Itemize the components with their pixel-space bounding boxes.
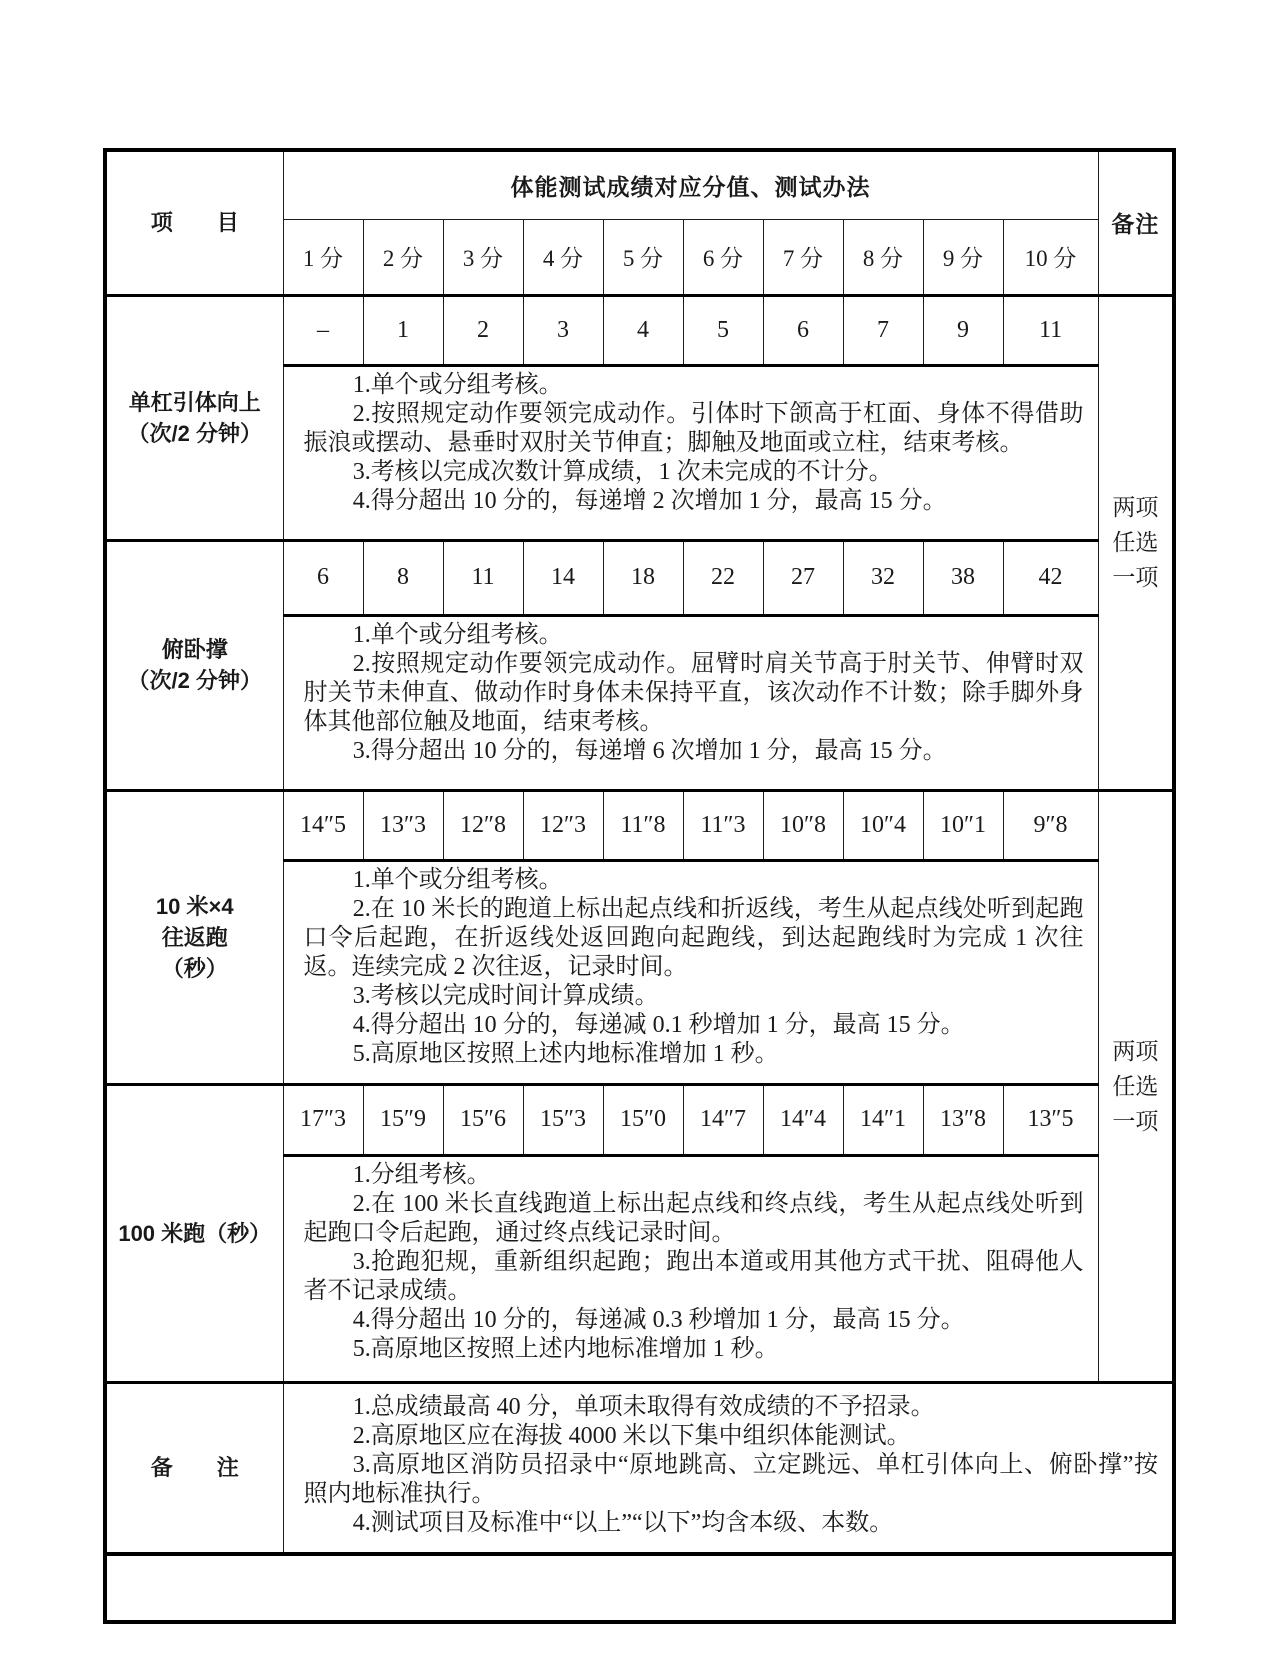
remarks-column-header: 备注 [1098,150,1174,295]
side-remark-group1: 两项 任选 一项 [1098,295,1174,790]
score-col-header-7: 7 分 [763,219,843,295]
method-line: 1.单个或分组考核。 [304,621,1084,650]
method-cell-shuttle-run: 1.单个或分组考核。 2.在 10 米长的跑道上标出起点线和折返线，考生从起点线… [283,860,1098,1084]
score-value-cell: 14 [523,540,603,615]
method-line: 3.抢跑犯规，重新组织起跑；跑出本道或用其他方式干扰、阻碍他人者不记录成绩。 [304,1248,1084,1306]
score-value-cell: 18 [603,540,683,615]
score-value-cell: 9 [923,295,1003,365]
score-value-cell: 14″4 [763,1084,843,1155]
item-column-header: 项 目 [105,150,283,295]
score-value-cell: 11 [1003,295,1098,365]
method-line: 2.按照规定动作要领完成动作。引体时下颌高于杠面、身体不得借助振浪或摆动、悬垂时… [304,400,1084,458]
score-value-cell: 14″1 [843,1084,923,1155]
item-label-line: （次/2 分钟） [107,665,283,696]
score-value-cell: 15″6 [443,1084,523,1155]
method-line: 3.考核以完成次数计算成绩，1 次未完成的不计分。 [304,458,1084,487]
score-value-cell: 13″5 [1003,1084,1098,1155]
score-value-cell: 2 [443,295,523,365]
method-line: 5.高原地区按照上述内地标准增加 1 秒。 [304,1040,1084,1069]
item-label-line: （次/2 分钟） [107,418,283,449]
score-col-header-5: 5 分 [603,219,683,295]
method-line: 1.分组考核。 [304,1161,1084,1190]
side-remark-line: 任选 [1099,525,1173,560]
item-label-100m-run: 100 米跑（秒） [105,1084,283,1382]
note-line: 1.总成绩最高 40 分，单项未取得有效成绩的不予招录。 [304,1393,1159,1422]
method-line: 4.得分超出 10 分的，每递减 0.1 秒增加 1 分，最高 15 分。 [304,1011,1084,1040]
method-line: 2.在 10 米长的跑道上标出起点线和折返线，考生从起点线处听到起跑口令后起跑，… [304,895,1084,982]
score-col-header-9: 9 分 [923,219,1003,295]
score-value-cell: 10″8 [763,790,843,860]
item-label-line: 10 米×4 [107,891,283,922]
item-label-pullups: 单杠引体向上 （次/2 分钟） [105,295,283,540]
score-value-cell: 22 [683,540,763,615]
score-value-cell: 11″3 [683,790,763,860]
score-value-cell: 6 [283,540,363,615]
side-remark-group2: 两项 任选 一项 [1098,790,1174,1382]
score-value-cell: 15″9 [363,1084,443,1155]
method-line: 5.高原地区按照上述内地标准增加 1 秒。 [304,1335,1084,1364]
score-value-cell: 7 [843,295,923,365]
score-col-header-3: 3 分 [443,219,523,295]
score-value-cell: 13″3 [363,790,443,860]
score-value-cell: 5 [683,295,763,365]
score-value-cell: 17″3 [283,1084,363,1155]
side-remark-line: 一项 [1099,560,1173,595]
score-value-cell: 12″3 [523,790,603,860]
score-col-header-4: 4 分 [523,219,603,295]
empty-row [105,1554,1174,1622]
method-line: 2.按照规定动作要领完成动作。屈臂时肩关节高于肘关节、伸臂时双肘关节未伸直、做动… [304,650,1084,737]
item-label-pushups: 俯卧撑 （次/2 分钟） [105,540,283,790]
note-line: 2.高原地区应在海拔 4000 米以下集中组织体能测试。 [304,1422,1159,1451]
method-line: 3.得分超出 10 分的，每递增 6 次增加 1 分，最高 15 分。 [304,737,1084,766]
score-value-cell: 38 [923,540,1003,615]
note-line: 4.测试项目及标准中“以上”“以下”均含本级、本数。 [304,1509,1159,1538]
score-col-header-2: 2 分 [363,219,443,295]
side-remark-line: 一项 [1099,1104,1173,1139]
score-value-cell: 14″5 [283,790,363,860]
method-line: 2.在 100 米长直线跑道上标出起点线和终点线，考生从起点线处听到起跑口令后起… [304,1190,1084,1248]
score-value-cell: 15″0 [603,1084,683,1155]
score-value-cell: 1 [363,295,443,365]
score-value-cell: 4 [603,295,683,365]
method-cell-pullups: 1.单个或分组考核。 2.按照规定动作要领完成动作。引体时下颌高于杠面、身体不得… [283,365,1098,540]
score-value-cell: 13″8 [923,1084,1003,1155]
score-col-header-8: 8 分 [843,219,923,295]
item-label-line: 100 米跑（秒） [107,1218,283,1249]
method-line: 1.单个或分组考核。 [304,866,1084,895]
score-value-cell: 10″4 [843,790,923,860]
document-page: 项 目 体能测试成绩对应分值、测试办法 备注 1 分 2 分 3 分 4 分 5… [0,0,1280,1659]
notes-cell: 1.总成绩最高 40 分，单项未取得有效成绩的不予招录。 2.高原地区应在海拔 … [283,1382,1174,1554]
notes-row-label: 备 注 [105,1382,283,1554]
score-value-cell: 6 [763,295,843,365]
item-label-line: 俯卧撑 [107,634,283,665]
method-line: 4.得分超出 10 分的，每递减 0.3 秒增加 1 分，最高 15 分。 [304,1306,1084,1335]
score-value-cell: 42 [1003,540,1098,615]
method-line: 4.得分超出 10 分的，每递增 2 次增加 1 分，最高 15 分。 [304,487,1084,516]
method-line: 1.单个或分组考核。 [304,371,1084,400]
item-label-line: （秒） [107,953,283,984]
item-label-line: 往返跑 [107,922,283,953]
score-value-cell: 3 [523,295,603,365]
score-value-cell: 10″1 [923,790,1003,860]
score-col-header-10: 10 分 [1003,219,1098,295]
score-value-cell: 11 [443,540,523,615]
score-value-cell: 11″8 [603,790,683,860]
item-label-line: 单杠引体向上 [107,387,283,418]
side-remark-line: 两项 [1099,1034,1173,1069]
score-value-cell: 14″7 [683,1084,763,1155]
score-value-cell: 12″8 [443,790,523,860]
item-label-shuttle-run: 10 米×4 往返跑 （秒） [105,790,283,1084]
side-remark-line: 两项 [1099,490,1173,525]
score-value-cell: – [283,295,363,365]
score-value-cell: 15″3 [523,1084,603,1155]
method-cell-pushups: 1.单个或分组考核。 2.按照规定动作要领完成动作。屈臂时肩关节高于肘关节、伸臂… [283,615,1098,790]
note-line: 3.高原地区消防员招录中“原地跳高、立定跳远、单杠引体向上、俯卧撑”按照内地标准… [304,1451,1159,1509]
table-title: 体能测试成绩对应分值、测试办法 [283,150,1098,219]
score-col-header-6: 6 分 [683,219,763,295]
method-cell-100m-run: 1.分组考核。 2.在 100 米长直线跑道上标出起点线和终点线，考生从起点线处… [283,1155,1098,1382]
score-value-cell: 9″8 [1003,790,1098,860]
method-line: 3.考核以完成时间计算成绩。 [304,982,1084,1011]
score-value-cell: 8 [363,540,443,615]
score-value-cell: 32 [843,540,923,615]
fitness-test-score-table: 项 目 体能测试成绩对应分值、测试办法 备注 1 分 2 分 3 分 4 分 5… [103,148,1176,1624]
side-remark-line: 任选 [1099,1069,1173,1104]
score-value-cell: 27 [763,540,843,615]
score-col-header-1: 1 分 [283,219,363,295]
